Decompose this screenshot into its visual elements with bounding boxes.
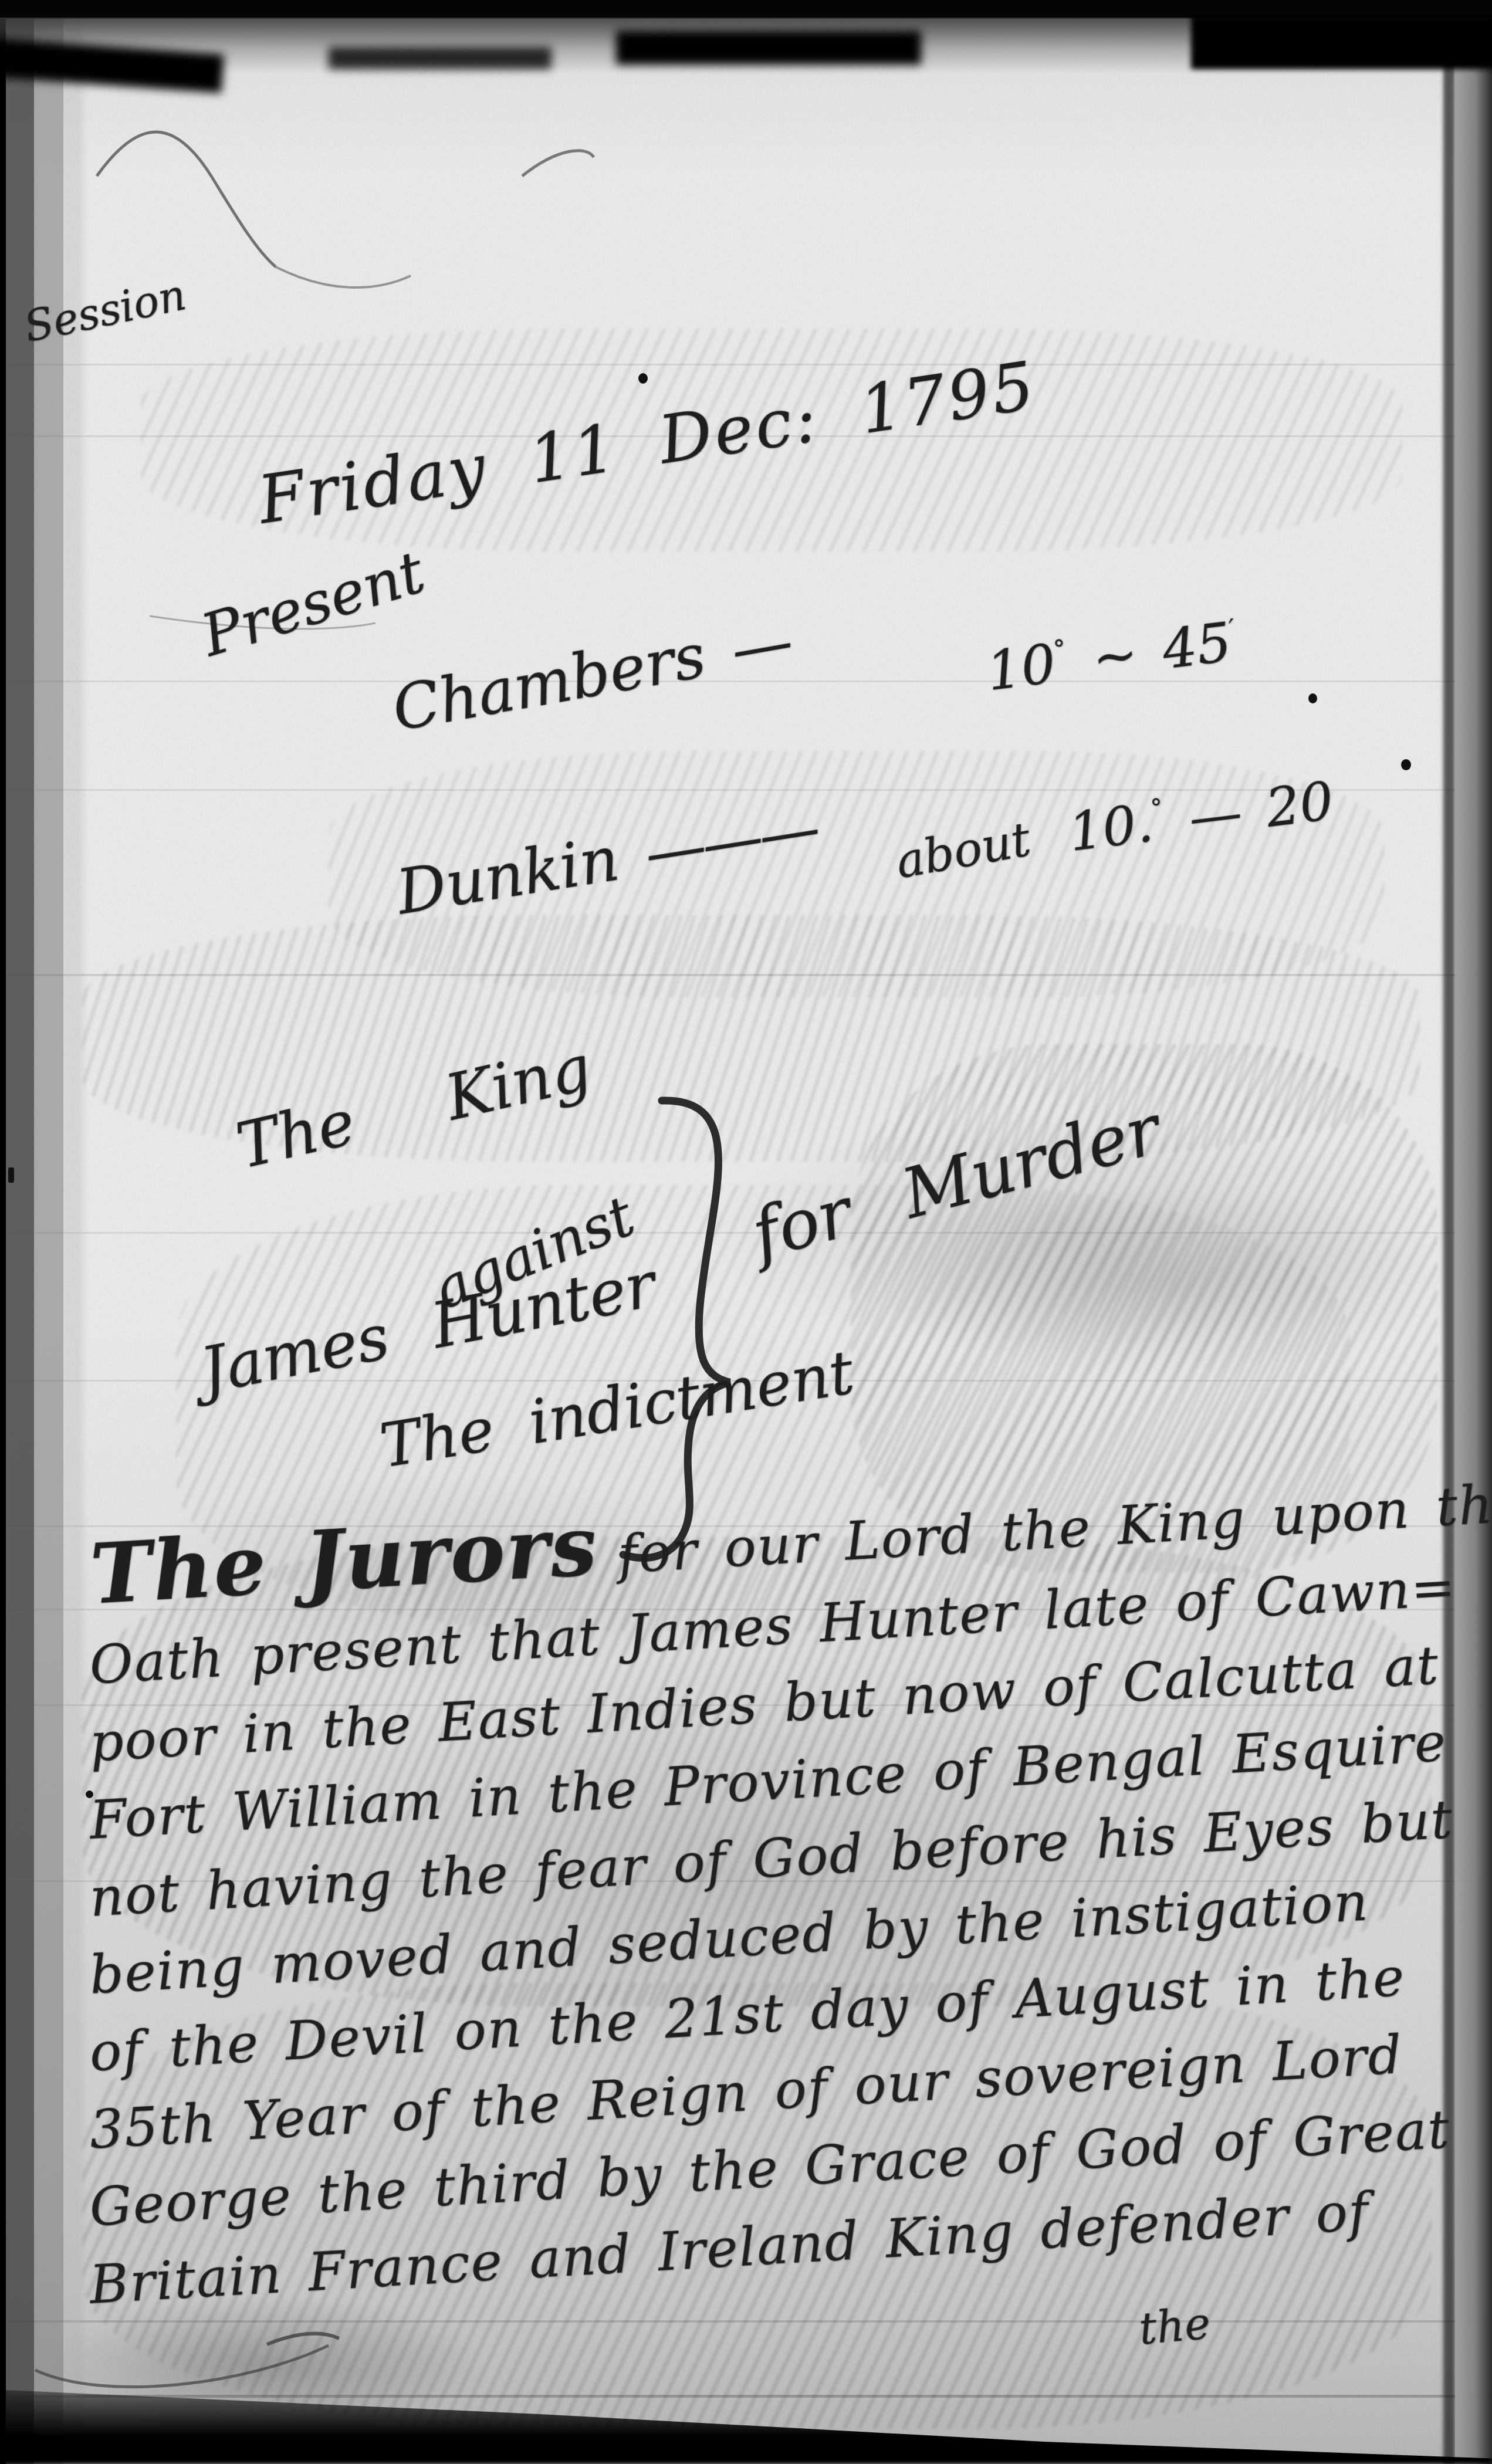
manuscript-scan: Session Friday 11 Dec: 1795 Present Cham… (0, 0, 1492, 2464)
page-surface: Session Friday 11 Dec: 1795 Present Cham… (0, 0, 1492, 2464)
catchword: the (1137, 2298, 1212, 2354)
